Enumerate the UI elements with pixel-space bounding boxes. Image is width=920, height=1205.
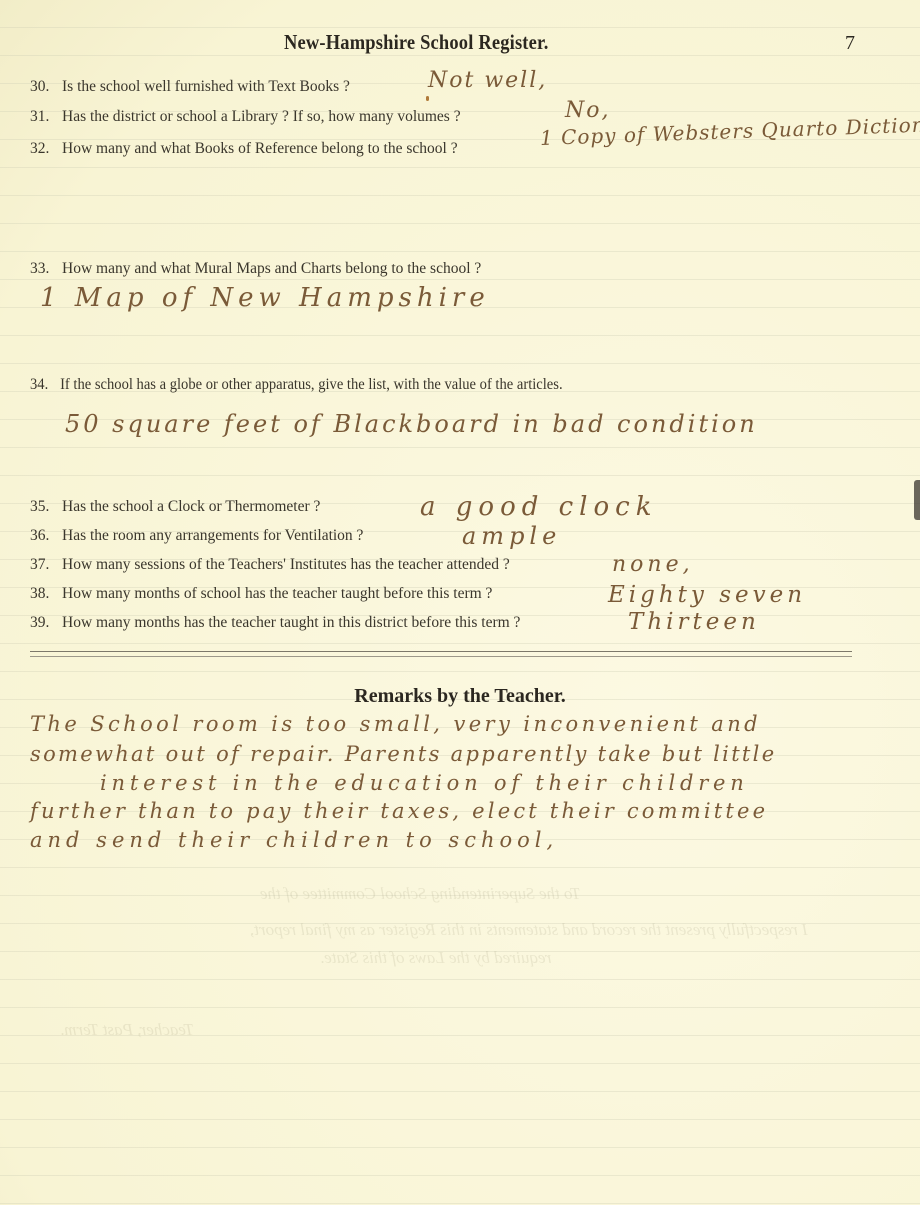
question-33: 33.How many and what Mural Maps and Char… (30, 260, 481, 278)
question-text: How many months of school has the teache… (62, 585, 492, 602)
question-text: Is the school well furnished with Text B… (62, 78, 350, 95)
answer-38: Eighty seven (608, 582, 806, 608)
answer-39: Thirteen (628, 609, 760, 635)
question-32: 32.How many and what Books of Reference … (30, 140, 458, 158)
question-text: Has the school a Clock or Thermometer ? (62, 498, 320, 515)
register-page: New-Hampshire School Register. 7 30.Is t… (0, 0, 920, 1205)
section-divider (30, 651, 852, 657)
question-37: 37.How many sessions of the Teachers' In… (30, 556, 510, 574)
question-30: 30.Is the school well furnished with Tex… (30, 78, 350, 96)
question-38: 38.How many months of school has the tea… (30, 585, 492, 603)
question-text: Has the district or school a Library ? I… (62, 108, 461, 125)
question-number: 36. (30, 527, 62, 545)
question-number: 34. (30, 376, 60, 394)
question-number: 32. (30, 140, 62, 158)
question-34: 34.If the school has a globe or other ap… (30, 376, 563, 394)
remarks-line-1: The School room is too small, very incon… (30, 712, 761, 736)
remarks-line-5: and send their children to school, (30, 828, 558, 852)
remarks-heading: Remarks by the Teacher. (0, 685, 920, 708)
bleed-through-line: Teacher, Past Term. (60, 1020, 194, 1040)
question-number: 35. (30, 498, 62, 516)
question-39: 39.How many months has the teacher taugh… (30, 614, 520, 632)
page-title: New-Hampshire School Register. (284, 30, 549, 55)
answer-36: ample (462, 522, 561, 550)
question-number: 33. (30, 260, 62, 278)
question-text: How many months has the teacher taught i… (62, 614, 520, 631)
question-36: 36.Has the room any arrangements for Ven… (30, 527, 363, 545)
ink-speck (426, 96, 429, 101)
remarks-line-4: further than to pay their taxes, elect t… (30, 799, 768, 823)
answer-30: Not well, (428, 68, 547, 93)
question-number: 31. (30, 108, 62, 126)
question-31: 31.Has the district or school a Library … (30, 108, 461, 126)
answer-31: No, (565, 98, 611, 123)
question-text: If the school has a globe or other appar… (60, 376, 563, 393)
question-number: 38. (30, 585, 62, 603)
answer-33: 1 Map of New Hampshire (40, 283, 490, 313)
page-edge-mark (914, 480, 920, 520)
bleed-through-line: To the Superintending School Committee o… (260, 884, 580, 904)
question-number: 39. (30, 614, 62, 632)
question-text: How many and what Books of Reference bel… (62, 140, 458, 157)
answer-37: none, (612, 552, 694, 577)
answer-34: 50 square feet of Blackboard in bad cond… (65, 410, 758, 438)
remarks-line-2: somewhat out of repair. Parents apparent… (30, 742, 776, 766)
question-text: How many sessions of the Teachers' Insti… (62, 556, 510, 573)
question-text: Has the room any arrangements for Ventil… (62, 527, 363, 544)
question-35: 35.Has the school a Clock or Thermometer… (30, 498, 320, 516)
page-number: 7 (845, 32, 855, 55)
remarks-line-3: interest in the education of their child… (100, 771, 749, 795)
bleed-through-line: I respectfully present the record and st… (250, 920, 808, 940)
bleed-through-line: required by the Laws of this State. (320, 948, 552, 968)
question-number: 37. (30, 556, 62, 574)
question-number: 30. (30, 78, 62, 96)
question-text: How many and what Mural Maps and Charts … (62, 260, 481, 277)
answer-35: a good clock (420, 492, 657, 522)
